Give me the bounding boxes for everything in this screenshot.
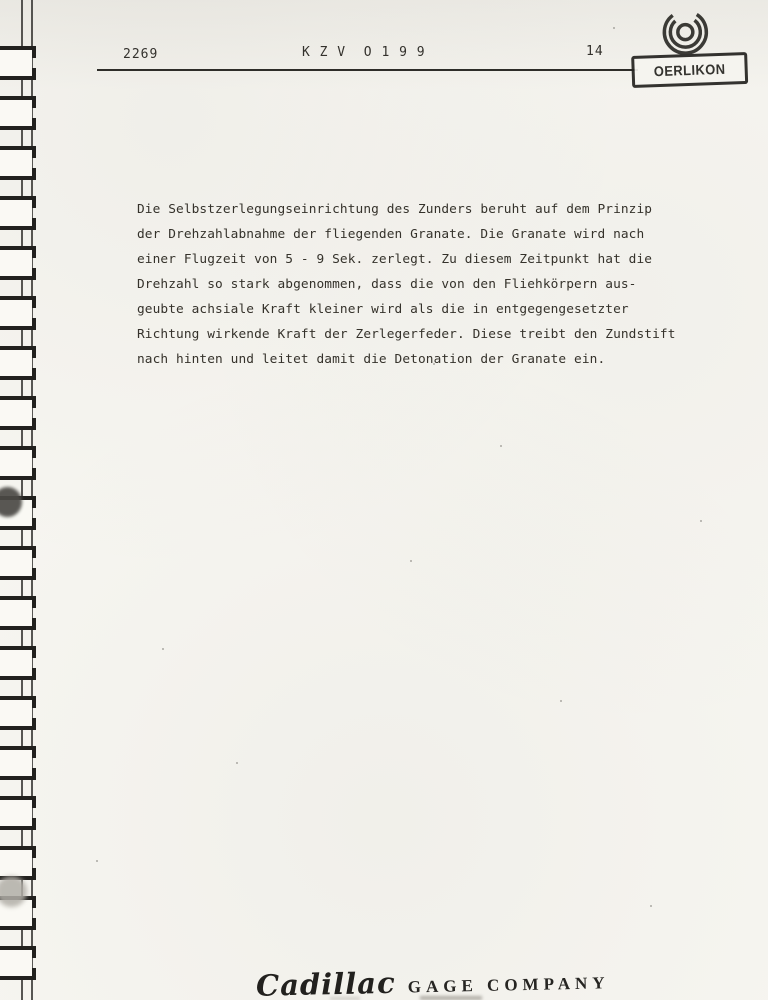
- scan-speck: [96, 860, 98, 862]
- binding-tab: [0, 850, 32, 876]
- binding-tab: [0, 950, 32, 976]
- oerlikon-stamp: OERLIKON: [629, 8, 750, 94]
- scan-speck: [236, 762, 238, 764]
- header-rule: [97, 69, 638, 71]
- binding-tab: [0, 600, 32, 626]
- company-footer: CadillacGAGE COMPANY: [256, 961, 610, 1000]
- typewritten-line: geubte achsiale Kraft kleiner wird als d…: [137, 297, 676, 322]
- oerlikon-banner: OERLIKON: [631, 52, 748, 88]
- binding-tab: [0, 150, 32, 176]
- scanned-document-page: 2269 K Z V O 1 9 9 14 OERLIKON Die Selbs…: [0, 0, 768, 1000]
- gage-company-wordmark: GAGE COMPANY: [408, 973, 610, 996]
- binding-tab: [0, 400, 32, 426]
- binding-tab: [0, 650, 32, 676]
- typewritten-line: Drehzahl so stark abgenommen, dass die v…: [137, 272, 676, 297]
- scan-speck: [613, 27, 615, 29]
- document-title: K Z V O 1 9 9: [302, 45, 426, 60]
- scan-speck: [500, 445, 502, 447]
- binding-tab: [0, 450, 32, 476]
- typewritten-line: einer Flugzeit von 5 - 9 Sek. zerlegt. Z…: [137, 247, 676, 272]
- page-number: 14: [586, 44, 604, 59]
- binding-tab: [0, 800, 32, 826]
- cadillac-script-wordmark: Cadillac: [256, 966, 396, 1000]
- binding-tab: [0, 350, 32, 376]
- binding-tab: [0, 250, 32, 276]
- scan-speck: [560, 700, 562, 702]
- binding-tab: [0, 200, 32, 226]
- body-paragraph: Die Selbstzerlegungseinrichtung des Zund…: [137, 197, 676, 372]
- typewritten-line: Die Selbstzerlegungseinrichtung des Zund…: [137, 197, 676, 222]
- scan-speck: [650, 905, 652, 907]
- binding-tab: [0, 700, 32, 726]
- binding-tab: [0, 50, 32, 76]
- scan-speck: [410, 560, 412, 562]
- binding-tab: [0, 750, 32, 776]
- scan-speck: [700, 520, 702, 522]
- typewritten-line: der Drehzahlabnahme der fliegenden Grana…: [137, 222, 676, 247]
- binding-tab: [0, 100, 32, 126]
- typewritten-line: nach hinten und leitet damit die Detonat…: [137, 347, 676, 372]
- scan-speck: [433, 363, 435, 365]
- typewritten-line: Richtung wirkende Kraft der Zerlegerfede…: [137, 322, 676, 347]
- oerlikon-wordmark: OERLIKON: [654, 61, 726, 79]
- document-number: 2269: [123, 47, 158, 62]
- scan-speck: [162, 648, 164, 650]
- binding-tab: [0, 550, 32, 576]
- binding-tab: [0, 300, 32, 326]
- comb-binding: [0, 0, 52, 1000]
